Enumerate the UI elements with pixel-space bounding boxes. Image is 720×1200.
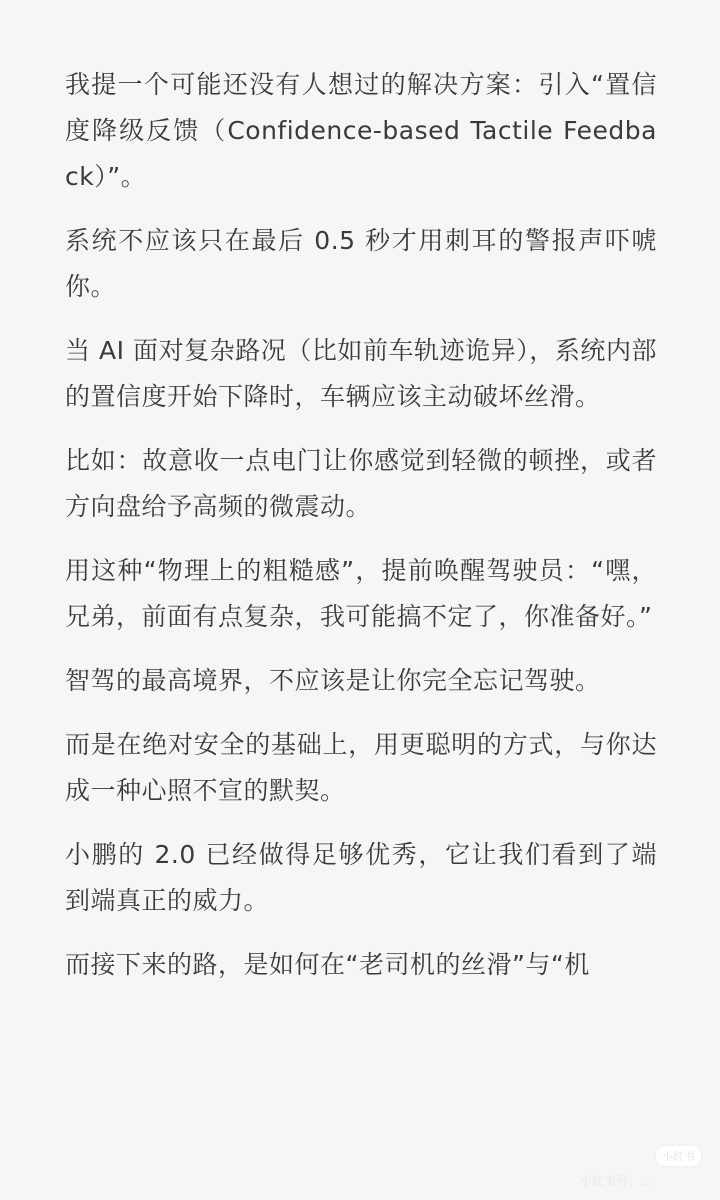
paragraph-highest-level: 智驾的最高境界，不应该是让你完全忘记驾驶。 (65, 658, 657, 704)
paragraph-roughness: 用这种“物理上的粗糙感”，提前唤醒驾驶员：“嘿，兄弟，前面有点复杂，我可能搞不定… (65, 548, 657, 640)
paragraph-solution: 我提一个可能还没有人想过的解决方案：引入“置信度降级反馈（Confidence-… (65, 62, 657, 200)
article-body: 我提一个可能还没有人想过的解决方案：引入“置信度降级反馈（Confidence-… (65, 62, 657, 1006)
paragraph-example: 比如：故意收一点电门让你感觉到轻微的顿挫，或者方向盘给予高频的微震动。 (65, 438, 657, 530)
watermark-logo: 小红书 (656, 1146, 701, 1166)
watermark-id: 小红书号：... (580, 1172, 651, 1189)
paragraph-alarm: 系统不应该只在最后 0.5 秒才用刺耳的警报声吓唬你。 (65, 218, 657, 310)
paragraph-next-road: 而接下来的路，是如何在“老司机的丝滑”与“机 (65, 942, 657, 988)
paragraph-xpeng: 小鹏的 2.0 已经做得足够优秀，它让我们看到了端到端真正的威力。 (65, 832, 657, 924)
paragraph-confidence-drop: 当 AI 面对复杂路况（比如前车轨迹诡异），系统内部的置信度开始下降时，车辆应该… (65, 328, 657, 420)
paragraph-tacit-understanding: 而是在绝对安全的基础上，用更聪明的方式，与你达成一种心照不宣的默契。 (65, 722, 657, 814)
